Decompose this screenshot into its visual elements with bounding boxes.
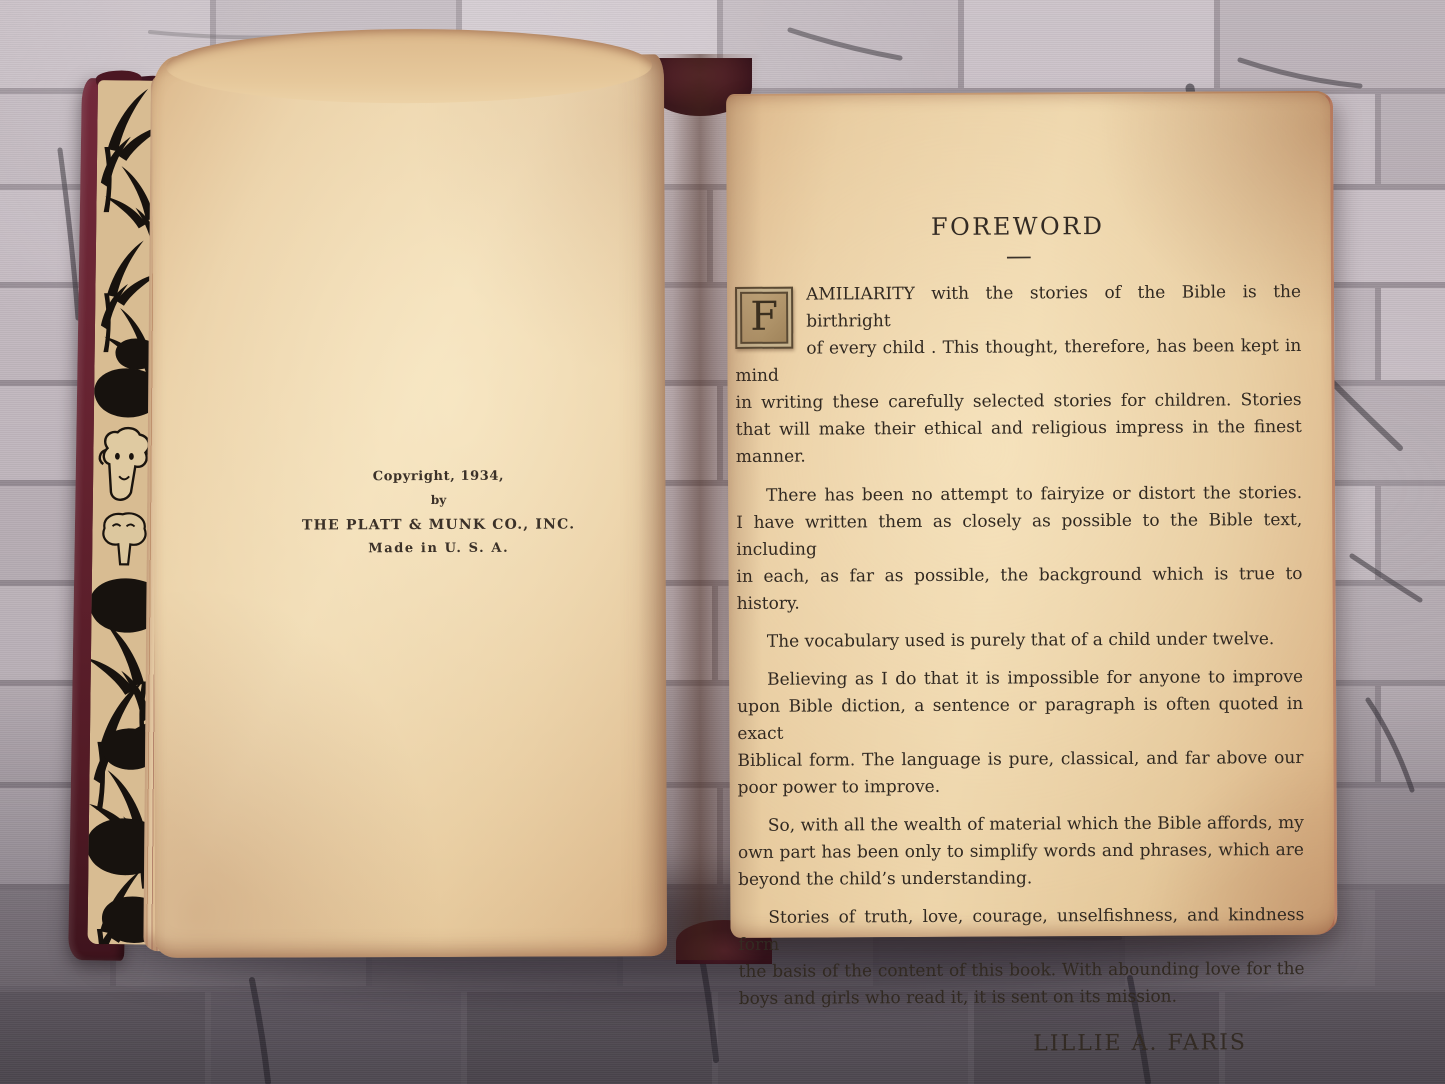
heading-divider: —: [735, 249, 1301, 266]
left-page: Copyright, 1934, by THE PLATT & MUNK CO.…: [152, 54, 667, 958]
text-line: own part has been only to simplify words…: [738, 837, 1304, 867]
paragraph-lines: Believing as I do that it is impossible …: [737, 664, 1304, 802]
text-line: boys and girls who read it, it is sent o…: [739, 983, 1305, 1013]
paragraph: F AMILIARITY with the stories of the Bib…: [735, 279, 1302, 471]
right-page: FOREWORD — F AMILIARITY with the stories…: [726, 91, 1337, 938]
text-line: beyond the child’s understanding.: [738, 864, 1304, 894]
paragraph-lines: There has been no attempt to fairyize or…: [736, 480, 1303, 618]
page-title: FOREWORD: [735, 211, 1301, 242]
paragraph-lines: So, with all the wealth of material whic…: [738, 810, 1304, 894]
text-line: in writing these carefully selected stor…: [736, 387, 1302, 417]
text-line: I have written them as closely as possib…: [736, 507, 1302, 564]
paragraph: Believing as I do that it is impossible …: [737, 664, 1304, 802]
copyright-line: Copyright, 1934,: [283, 468, 593, 484]
author-signature: LILLIE A. FARIS: [739, 1030, 1305, 1058]
paragraph-lines: AMILIARITY with the stories of the Bible…: [735, 279, 1302, 471]
copyright-line: by: [284, 492, 594, 507]
photo-scene: Copyright, 1934, by THE PLATT & MUNK CO.…: [0, 0, 1445, 1084]
made-in-line: Made in U. S. A.: [284, 540, 594, 556]
text-line: So, with all the wealth of material whic…: [738, 810, 1304, 840]
paragraph: Stories of truth, love, courage, unselfi…: [738, 902, 1305, 1013]
copyright-block: Copyright, 1934, by THE PLATT & MUNK CO.…: [283, 468, 593, 556]
text-line: Believing as I do that it is impossible …: [737, 664, 1303, 694]
text-line: of every child . This thought, therefore…: [735, 333, 1301, 390]
open-book: Copyright, 1934, by THE PLATT & MUNK CO.…: [0, 0, 1445, 1084]
text-line: Biblical form. The language is pure, cla…: [737, 745, 1303, 775]
text-line: the basis of the content of this book. W…: [739, 956, 1305, 986]
publisher-line: THE PLATT & MUNK CO., INC.: [284, 516, 594, 533]
paragraph: So, with all the wealth of material whic…: [738, 810, 1304, 894]
text-line: AMILIARITY with the stories of the Bible…: [735, 279, 1301, 336]
foreword-text-block: FOREWORD — F AMILIARITY with the stories…: [735, 211, 1305, 1058]
paragraph: The vocabulary used is purely that of a …: [737, 626, 1303, 656]
text-line: upon Bible diction, a sentence or paragr…: [737, 691, 1303, 748]
drop-cap-initial: F: [735, 287, 793, 349]
text-line: There has been no attempt to fairyize or…: [736, 480, 1302, 510]
text-line: that will make their ethical and religio…: [736, 414, 1302, 471]
text-line: in each, as far as possible, the backgro…: [736, 561, 1302, 618]
paragraph-lines: The vocabulary used is purely that of a …: [737, 626, 1303, 656]
paragraph-lines: Stories of truth, love, courage, unselfi…: [738, 902, 1305, 1013]
text-line: poor power to improve.: [738, 772, 1304, 802]
text-line: The vocabulary used is purely that of a …: [737, 626, 1303, 656]
paragraph: There has been no attempt to fairyize or…: [736, 480, 1303, 618]
text-line: Stories of truth, love, courage, unselfi…: [738, 902, 1304, 959]
